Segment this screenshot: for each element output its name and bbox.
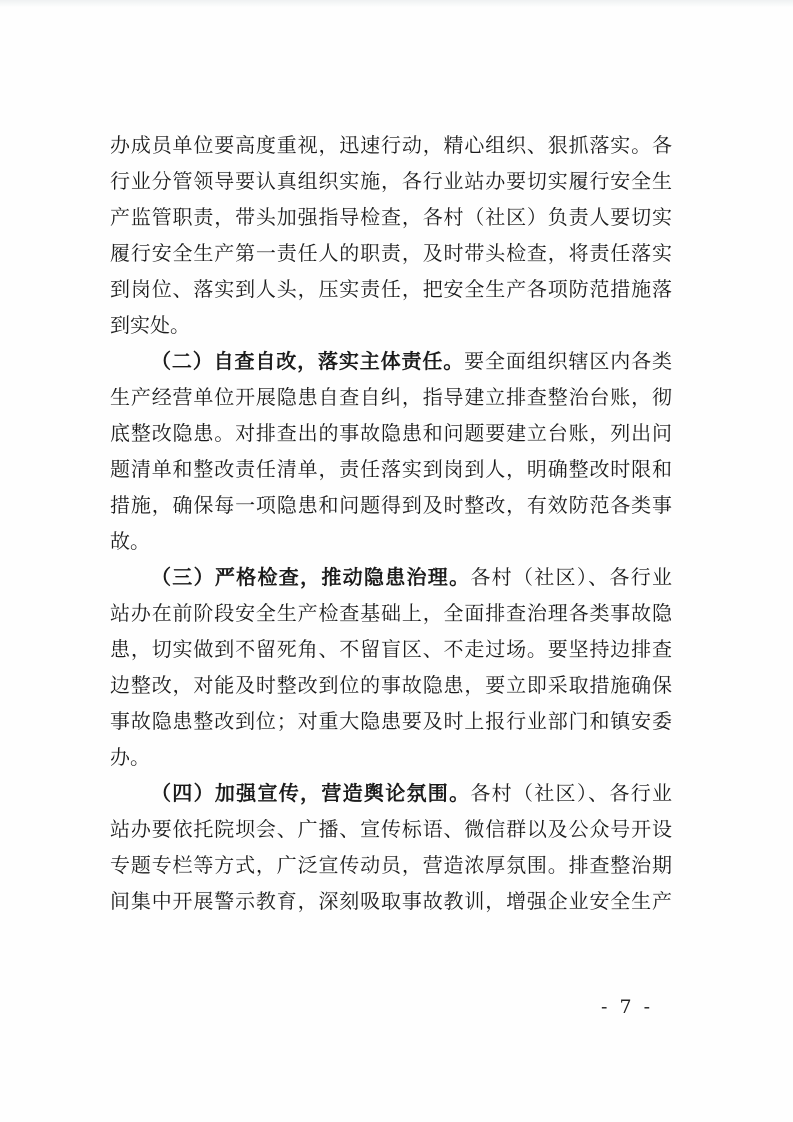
body-text: 底整改隐患。对排查出的事故隐患和问题要建立台账，列出问 bbox=[110, 421, 672, 445]
run-in-heading: （三）严格检查，推动隐患治理。 bbox=[151, 565, 470, 589]
text-line: 到实处。 bbox=[110, 307, 672, 343]
text-line: 生产经营单位开展隐患自查自纠，指导建立排查整治台账，彻 bbox=[110, 379, 672, 415]
body-text: 专题专栏等方式，广泛宣传动员，营造浓厚氛围。排查整治期 bbox=[110, 853, 672, 877]
body-text: 站办在前阶段安全生产检查基础上，全面排查治理各类事故隐 bbox=[110, 601, 672, 625]
body-text: 生产经营单位开展隐患自查自纠，指导建立排查整治台账，彻 bbox=[110, 385, 672, 409]
body-text: 题清单和整改责任清单，责任落实到岗到人，明确整改时限和 bbox=[110, 457, 672, 481]
body-text: 各村（社区）、各行业 bbox=[470, 781, 672, 805]
body-text: 各村（社区）、各行业 bbox=[470, 565, 672, 589]
text-line: 边整改，对能及时整改到位的事故隐患，要立即采取措施确保 bbox=[110, 667, 672, 703]
document-body: 办成员单位要高度重视，迅速行动，精心组织、狠抓落实。各行业分管领导要认真组织实施… bbox=[110, 127, 672, 919]
body-text: 办。 bbox=[110, 745, 150, 769]
body-text: 患，切实做到不留死角、不留盲区、不走过场。要坚持边排查 bbox=[110, 637, 672, 661]
run-in-heading: （二）自查自改，落实主体责任。 bbox=[151, 349, 464, 373]
text-line: 到岗位、落实到人头，压实责任，把安全生产各项防范措施落 bbox=[110, 271, 672, 307]
body-text: 站办要依托院坝会、广播、宣传标语、微信群以及公众号开设 bbox=[110, 817, 672, 841]
body-text: 到岗位、落实到人头，压实责任，把安全生产各项防范措施落 bbox=[110, 277, 672, 301]
text-line: 事故隐患整改到位；对重大隐患要及时上报行业部门和镇安委 bbox=[110, 703, 672, 739]
document-page: 办成员单位要高度重视，迅速行动，精心组织、狠抓落实。各行业分管领导要认真组织实施… bbox=[0, 0, 793, 1122]
text-line: 底整改隐患。对排查出的事故隐患和问题要建立台账，列出问 bbox=[110, 415, 672, 451]
body-text: 事故隐患整改到位；对重大隐患要及时上报行业部门和镇安委 bbox=[110, 709, 672, 733]
text-line: 产监管职责，带头加强指导检查，各村（社区）负责人要切实 bbox=[110, 199, 672, 235]
text-line: 患，切实做到不留死角、不留盲区、不走过场。要坚持边排查 bbox=[110, 631, 672, 667]
text-line: 措施，确保每一项隐患和问题得到及时整改，有效防范各类事 bbox=[110, 487, 672, 523]
text-line: 办成员单位要高度重视，迅速行动，精心组织、狠抓落实。各 bbox=[110, 127, 672, 163]
body-text: 履行安全生产第一责任人的职责，及时带头检查，将责任落实 bbox=[110, 241, 672, 265]
text-line: 站办在前阶段安全生产检查基础上，全面排查治理各类事故隐 bbox=[110, 595, 672, 631]
body-text: 行业分管领导要认真组织实施，各行业站办要切实履行安全生 bbox=[110, 169, 672, 193]
text-line: 办。 bbox=[110, 739, 672, 775]
body-text: 故。 bbox=[110, 529, 150, 553]
page-number: - 7 - bbox=[601, 996, 653, 1018]
scan-edge-artifact bbox=[0, 0, 793, 8]
body-text: 产监管职责，带头加强指导检查，各村（社区）负责人要切实 bbox=[110, 205, 672, 229]
body-text: 措施，确保每一项隐患和问题得到及时整改，有效防范各类事 bbox=[110, 493, 672, 517]
body-text: 办成员单位要高度重视，迅速行动，精心组织、狠抓落实。各 bbox=[110, 133, 672, 157]
body-text: 要全面组织辖区内各类 bbox=[464, 349, 672, 373]
body-text: 边整改，对能及时整改到位的事故隐患，要立即采取措施确保 bbox=[110, 673, 672, 697]
text-line: 行业分管领导要认真组织实施，各行业站办要切实履行安全生 bbox=[110, 163, 672, 199]
text-line: 题清单和整改责任清单，责任落实到岗到人，明确整改时限和 bbox=[110, 451, 672, 487]
text-line: 专题专栏等方式，广泛宣传动员，营造浓厚氛围。排查整治期 bbox=[110, 847, 672, 883]
text-line: 站办要依托院坝会、广播、宣传标语、微信群以及公众号开设 bbox=[110, 811, 672, 847]
body-text: 间集中开展警示教育，深刻吸取事故教训，增强企业安全生产 bbox=[110, 889, 672, 913]
text-line: 故。 bbox=[110, 523, 672, 559]
body-text: 到实处。 bbox=[110, 313, 190, 337]
text-line: （三）严格检查，推动隐患治理。各村（社区）、各行业 bbox=[110, 559, 672, 595]
text-line: 间集中开展警示教育，深刻吸取事故教训，增强企业安全生产 bbox=[110, 883, 672, 919]
text-line: 履行安全生产第一责任人的职责，及时带头检查，将责任落实 bbox=[110, 235, 672, 271]
text-line: （二）自查自改，落实主体责任。要全面组织辖区内各类 bbox=[110, 343, 672, 379]
text-line: （四）加强宣传，营造舆论氛围。各村（社区）、各行业 bbox=[110, 775, 672, 811]
run-in-heading: （四）加强宣传，营造舆论氛围。 bbox=[151, 781, 470, 805]
